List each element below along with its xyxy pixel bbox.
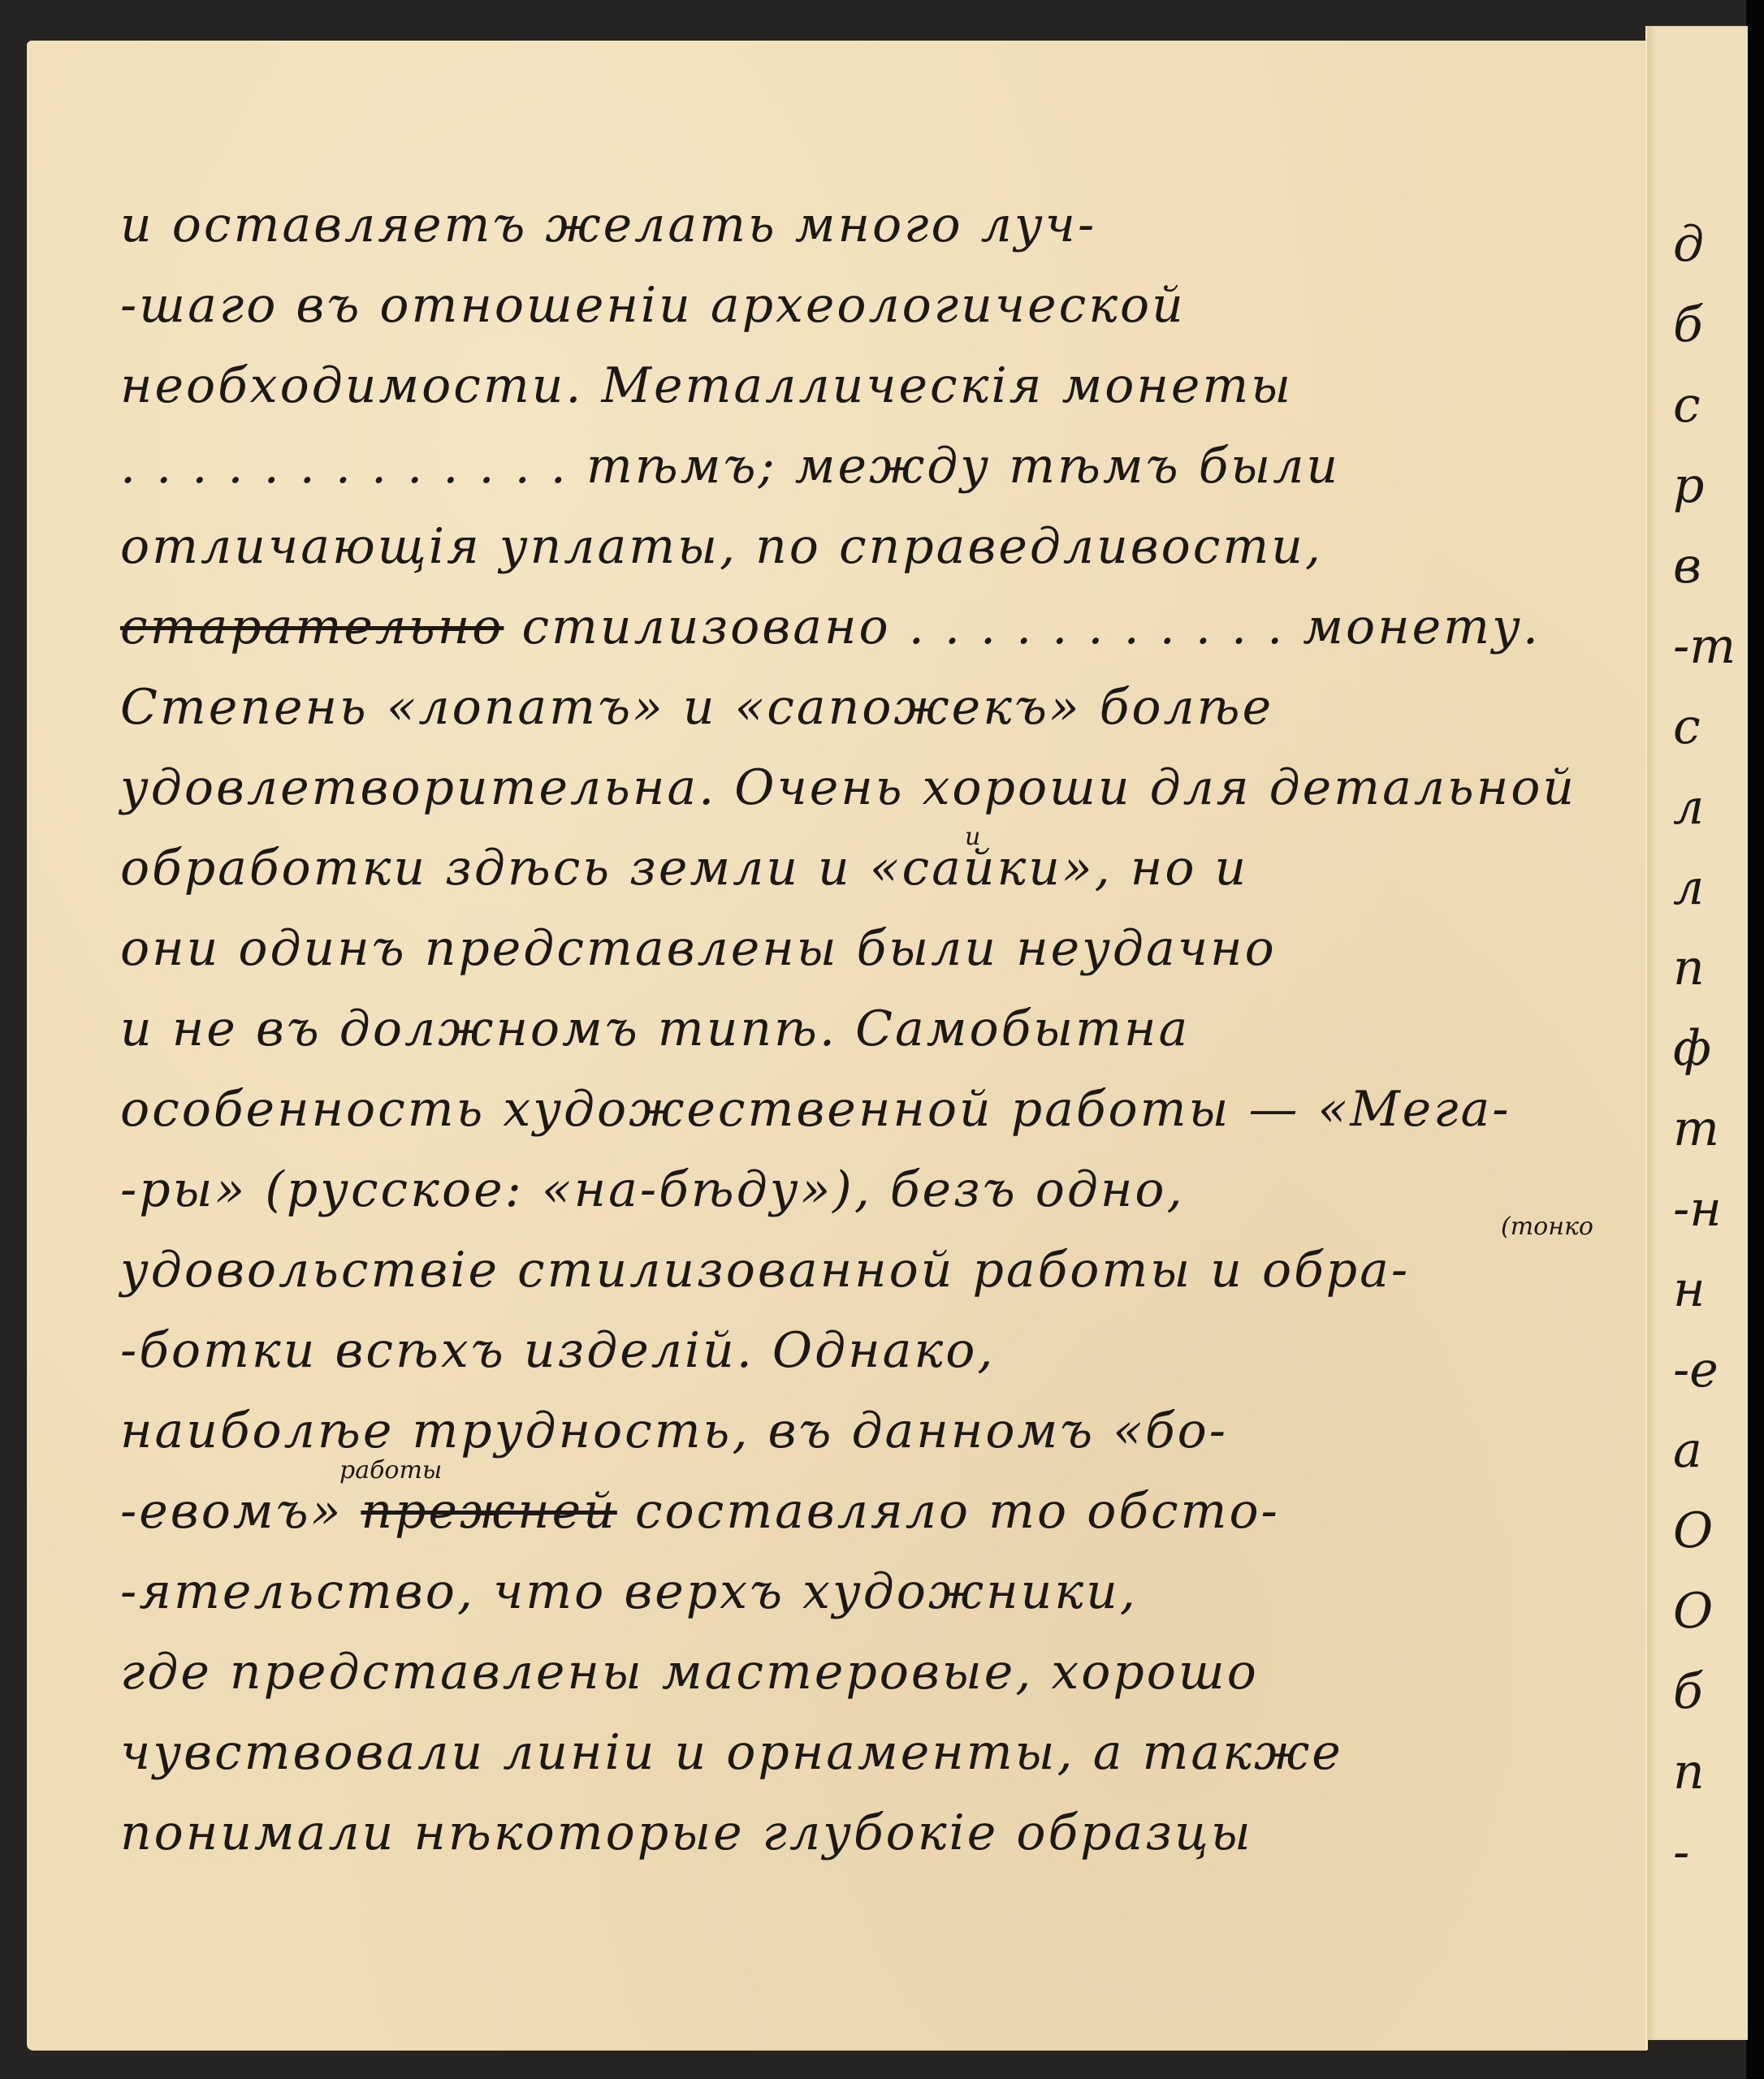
text-line-10: они одинъ представлены были неудачно: [120, 909, 1647, 989]
adjacent-page-edge: д б с р в -т с л л п ф т -н н -е а О О б…: [1647, 26, 1748, 2040]
margin-fragment: н: [1673, 1250, 1748, 1330]
margin-fragment: -т: [1673, 607, 1748, 687]
text-line-3: необходимости. Металлическiя монеты: [120, 346, 1647, 426]
text-line-4: . . . . . . . . . . . . . тѣмъ; между тѣ…: [120, 426, 1647, 507]
margin-fragment: п: [1673, 1732, 1748, 1813]
text-line-20: чувствовали линiи и орнаменты, а также: [120, 1713, 1647, 1793]
text-line-17-rest: составляло то обсто-: [635, 1483, 1280, 1540]
text-line-5: отличающiя уплаты, по справедливости,: [120, 507, 1647, 587]
margin-fragment: р: [1673, 446, 1748, 526]
interlinear-insertion: и: [965, 825, 980, 849]
margin-fragment: ф: [1673, 1009, 1748, 1089]
text-line-11: и не въ должномъ типѣ. Самобытна: [120, 989, 1647, 1070]
text-line-18: -ятельство, что верхъ художники,: [120, 1552, 1647, 1632]
struck-word: прежней: [361, 1483, 616, 1540]
text-line-14: удовольствiе стилизованной работы и обра…: [120, 1230, 1647, 1311]
handwritten-text: и оставляетъ желать много луч- -шаго въ …: [120, 185, 1647, 1874]
margin-fragment: л: [1673, 767, 1748, 848]
text-line-1: и оставляетъ желать много луч-: [120, 185, 1647, 266]
text-line-6-rest: стилизовано . . . . . . . . . . . монету…: [521, 599, 1541, 655]
adjacent-page-text: д б с р в -т с л л п ф т -н н -е а О О б…: [1673, 205, 1748, 1893]
margin-fragment: л: [1673, 848, 1748, 928]
margin-fragment: -: [1673, 1813, 1748, 1893]
margin-fragment: т: [1673, 1089, 1748, 1169]
text-line-12: особенность художественной работы — «Мег…: [120, 1070, 1647, 1150]
margin-fragment: п: [1673, 928, 1748, 1009]
margin-fragment: а: [1673, 1411, 1748, 1491]
text-line-19: где представлены мастеровые, хорошо: [120, 1632, 1647, 1713]
interlinear-insertion: работы: [339, 1459, 442, 1483]
text-line-7: Степень «лопатъ» и «сапожекъ» болѣе: [120, 668, 1647, 748]
margin-fragment: д: [1673, 205, 1748, 285]
margin-fragment: в: [1673, 526, 1748, 607]
text-line-2: -шаго въ отношенiи археологической: [120, 266, 1647, 346]
text-line-6: старательно стилизовано . . . . . . . . …: [120, 587, 1647, 668]
text-line-15: -ботки всѣхъ изделiй. Однако,: [120, 1311, 1647, 1391]
text-line-8: удовлетворительна. Очень хороши для дета…: [120, 748, 1647, 828]
margin-fragment: с: [1673, 687, 1748, 767]
margin-fragment: -е: [1673, 1330, 1748, 1411]
scanner-edge: [1746, 0, 1764, 2079]
text-line-21: понимали нѣкоторые глубокiе образцы: [120, 1793, 1647, 1874]
text-line-13: -ры» (русское: «на-бѣду»), безъ одно,: [120, 1150, 1647, 1230]
margin-fragment: О: [1673, 1491, 1748, 1571]
margin-fragment: с: [1673, 365, 1748, 446]
text-line-9: обработки здѣсь земли и «сайки», но и: [120, 828, 1647, 909]
margin-fragment: О: [1673, 1571, 1748, 1652]
interlinear-insertion: (тонко: [1501, 1215, 1593, 1239]
margin-fragment: -н: [1673, 1169, 1748, 1250]
text-line-17-start: -евомъ»: [120, 1483, 361, 1540]
struck-word: старательно: [120, 599, 504, 655]
margin-fragment: б: [1673, 1652, 1748, 1732]
margin-fragment: б: [1673, 285, 1748, 365]
scanned-manuscript: и оставляетъ желать много луч- -шаго въ …: [0, 0, 1764, 2079]
